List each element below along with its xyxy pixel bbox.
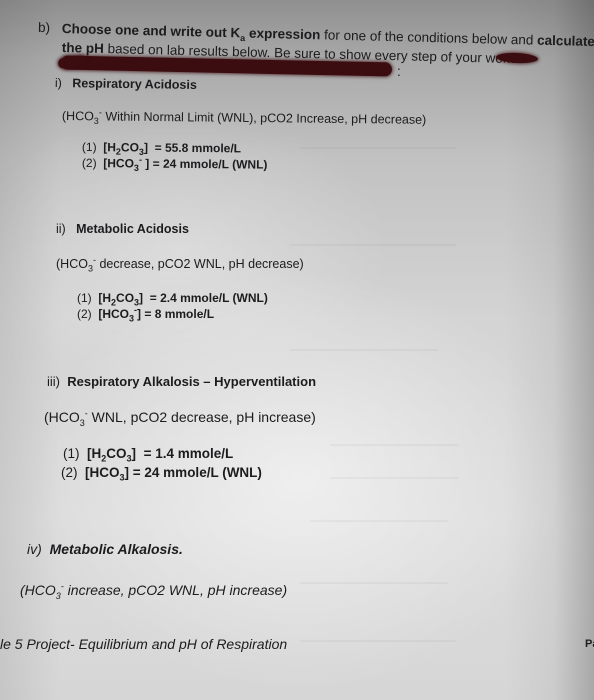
lab-value-number: (1) bbox=[82, 140, 97, 154]
footer-page-fragment: Pa bbox=[585, 636, 594, 652]
show-through-text: ───────────────── bbox=[300, 633, 457, 648]
desc-text: WNL, pCO2 decrease, pH increase) bbox=[88, 409, 316, 425]
species: CO bbox=[116, 291, 134, 305]
instructions-bold-2: expression bbox=[245, 25, 320, 42]
condition-description: (HCO3- WNL, pCO2 decrease, pH increase) bbox=[44, 409, 316, 425]
show-through-text: ──────────────── bbox=[290, 342, 437, 357]
lab-value: = 1.4 mmole/L bbox=[140, 446, 233, 461]
species: CO bbox=[106, 446, 126, 461]
lab-value-row: (1) [H2CO3] = 2.4 mmole/L (WNL) bbox=[77, 290, 268, 306]
condition-numeral: ii) bbox=[56, 222, 66, 236]
lab-value-number: (2) bbox=[77, 307, 92, 321]
show-through-text: ───────────────── bbox=[300, 140, 457, 155]
condition-title: Metabolic Acidosis bbox=[76, 222, 189, 236]
desc-text: (HCO bbox=[56, 257, 88, 271]
condition-description: (HCO3- decrease, pCO2 WNL, pH decrease) bbox=[56, 256, 304, 272]
show-through-text: ────────────────── bbox=[290, 237, 456, 252]
lab-value-row: (2) [HCO3- ] = 24 mmole/L (WNL) bbox=[82, 155, 268, 173]
lab-value: = 8 mmole/L bbox=[141, 307, 214, 321]
condition-numeral: iii) bbox=[47, 374, 60, 389]
condition-title: Respiratory Acidosis bbox=[72, 76, 197, 92]
instructions-bold-3: calculate bbox=[537, 33, 594, 49]
lab-value-row: (1) [H2CO3] = 55.8 mmole/L bbox=[82, 139, 241, 156]
condition-title: Metabolic Alkalosis. bbox=[50, 541, 183, 557]
condition-numeral: iv) bbox=[27, 541, 42, 557]
species: [HCO bbox=[98, 307, 129, 321]
lab-value: = 24 mmole/L (WNL) bbox=[149, 157, 267, 172]
desc-text: decrease, pCO2 WNL, pH decrease) bbox=[96, 257, 304, 271]
instructions-bold: Choose one and write out K bbox=[62, 21, 241, 40]
desc-text: (HCO bbox=[20, 582, 56, 598]
lab-value: = 2.4 mmole/L (WNL) bbox=[146, 291, 267, 305]
species: [HCO bbox=[85, 465, 120, 480]
condition-numeral: i) bbox=[55, 76, 62, 90]
page-footer: le 5 Project- Equilibrium and pH of Resp… bbox=[0, 636, 287, 652]
species: [H bbox=[98, 291, 111, 305]
show-through-text: ────────────── bbox=[330, 437, 459, 452]
species: ] bbox=[144, 141, 148, 155]
condition-heading: i) Respiratory Acidosis bbox=[55, 75, 197, 93]
instructions-text: for one of the conditions below and bbox=[320, 27, 537, 47]
condition-heading: ii) Metabolic Acidosis bbox=[56, 221, 189, 237]
lab-value-row: (2) [HCO3-] = 8 mmole/L bbox=[77, 306, 214, 322]
species: CO bbox=[121, 140, 139, 154]
instructions-bold-4: the pH bbox=[62, 40, 104, 56]
condition-description: (HCO3- increase, pCO2 WNL, pH increase) bbox=[20, 582, 287, 598]
desc-text: Within Normal Limit (WNL), pCO2 Increase… bbox=[102, 109, 427, 126]
species: [HCO bbox=[103, 156, 134, 170]
species: [H bbox=[103, 140, 116, 154]
species: ] bbox=[139, 291, 143, 305]
species: [H bbox=[87, 446, 101, 461]
lab-value-number: (2) bbox=[82, 156, 97, 170]
lab-value-number: (1) bbox=[77, 291, 92, 305]
footer-text: le 5 Project- Equilibrium and pH of Resp… bbox=[0, 636, 287, 652]
desc-text: (HCO bbox=[62, 109, 94, 123]
desc-text: increase, pCO2 WNL, pH increase) bbox=[64, 582, 287, 598]
condition-heading: iv) Metabolic Alkalosis. bbox=[27, 541, 183, 557]
lab-value: = 55.8 mmole/L bbox=[151, 141, 241, 156]
desc-sub: 3 bbox=[88, 264, 93, 274]
lab-value-row: (1) [H2CO3] = 1.4 mmole/L bbox=[63, 446, 233, 462]
condition-title: Respiratory Alkalosis – Hyperventilation bbox=[67, 374, 316, 389]
condition-heading: iii) Respiratory Alkalosis – Hyperventil… bbox=[47, 374, 316, 390]
lab-value: = 24 mmole/L (WNL) bbox=[129, 465, 262, 480]
show-through-text: ─────────────── bbox=[310, 513, 448, 528]
redaction-colon: : bbox=[397, 64, 401, 80]
show-through-text: ────────────── bbox=[330, 470, 459, 485]
lab-value-row: (2) [HCO3] = 24 mmole/L (WNL) bbox=[61, 465, 262, 481]
question-label: b) bbox=[38, 20, 50, 36]
show-through-text: ──────────────── bbox=[300, 575, 447, 590]
lab-value-number: (2) bbox=[61, 465, 78, 480]
desc-sub: 3 bbox=[56, 591, 61, 601]
species: ] bbox=[132, 446, 137, 461]
lab-value-number: (1) bbox=[63, 446, 80, 461]
desc-sub: 3 bbox=[80, 418, 85, 428]
desc-text: (HCO bbox=[44, 409, 80, 425]
condition-description: (HCO3- Within Normal Limit (WNL), pCO2 I… bbox=[62, 108, 427, 128]
